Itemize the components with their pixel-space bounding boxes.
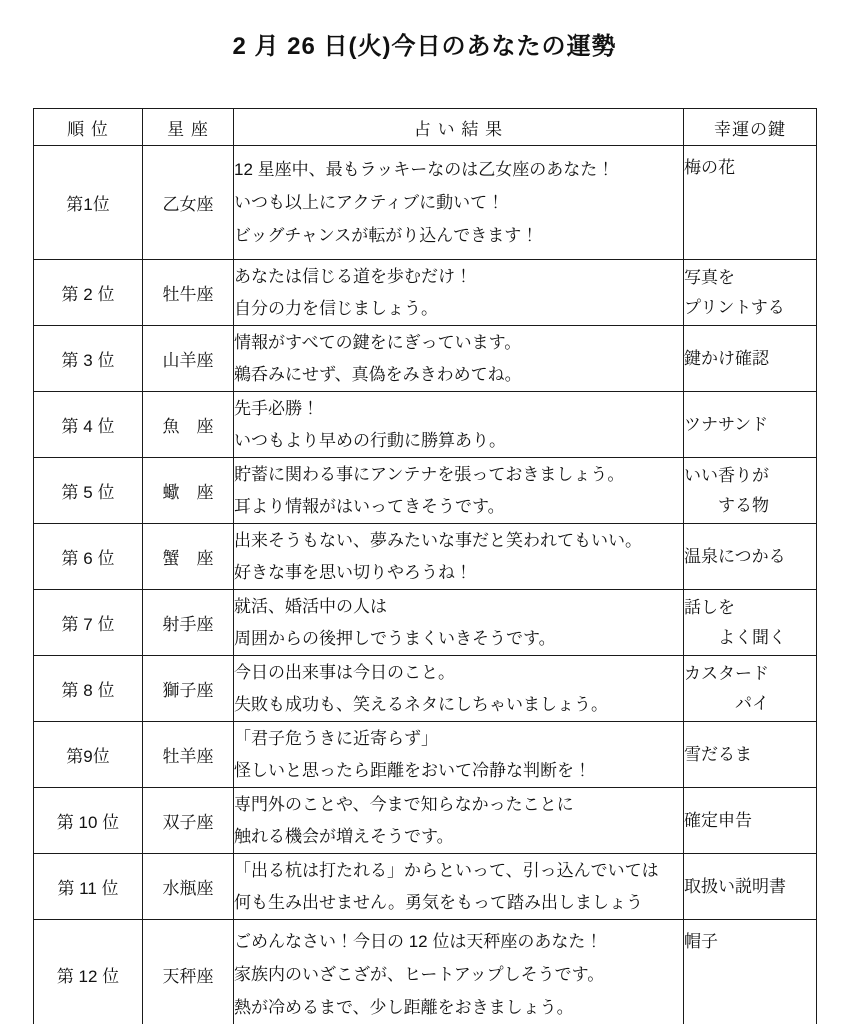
key-cell: 写真を プリントする (684, 260, 817, 326)
rank-cell: 第 8 位 (34, 656, 143, 722)
result-line: 周囲からの後押しでうまくいきそうです。 (234, 623, 683, 655)
header-rank: 順 位 (34, 109, 143, 146)
result-cell: 情報がすべての鍵をにぎっています。 鵜呑みにせず、真偽をみきわめてね。 (234, 326, 684, 392)
result-line: 自分の力を信じましょう。 (234, 293, 683, 325)
table-row: 第 5 位 蠍 座 貯蓄に関わる事にアンテナを張っておきましょう。 耳より情報が… (34, 458, 817, 524)
header-sign: 星 座 (143, 109, 234, 146)
key-line: 梅の花 (684, 153, 816, 183)
key-cell: 鍵かけ確認 (684, 326, 817, 392)
fortune-document: 2 月 26 日(火)今日のあなたの運勢 順 位 星 座 占 い 結 果 幸運の… (0, 0, 849, 1024)
result-line: 「出る杭は打たれる」からといって、引っ込んでいては (234, 855, 683, 887)
key-cell: 梅の花 (684, 146, 817, 260)
key-cell: 温泉につかる (684, 524, 817, 590)
result-line: 専門外のことや、今まで知らなかったことに (234, 789, 683, 821)
result-line: あなたは信じる道を歩むだけ！ (234, 261, 683, 293)
result-line: 出来そうもない、夢みたいな事だと笑われてもいい。 (234, 525, 683, 557)
rank-cell: 第 4 位 (34, 392, 143, 458)
result-cell: 出来そうもない、夢みたいな事だと笑われてもいい。 好きな事を思い切りやろうね！ (234, 524, 684, 590)
key-line: 取扱い説明書 (684, 872, 816, 902)
rank-cell: 第1位 (34, 146, 143, 260)
fortune-table: 順 位 星 座 占 い 結 果 幸運の鍵 第1位 乙女座 12 星座中、最もラッ… (33, 108, 817, 1024)
table-row: 第 10 位 双子座 専門外のことや、今まで知らなかったことに 触れる機会が増え… (34, 788, 817, 854)
rank-cell: 第 7 位 (34, 590, 143, 656)
table-row: 第 3 位 山羊座 情報がすべての鍵をにぎっています。 鵜呑みにせず、真偽をみき… (34, 326, 817, 392)
sign-cell: 獅子座 (143, 656, 234, 722)
table-header-row: 順 位 星 座 占 い 結 果 幸運の鍵 (34, 109, 817, 146)
result-line: いつもより早めの行動に勝算あり。 (234, 425, 683, 457)
result-cell: 「君子危うきに近寄らず」 怪しいと思ったら距離をおいて冷静な判断を！ (234, 722, 684, 788)
rank-cell: 第 10 位 (34, 788, 143, 854)
key-cell: ツナサンド (684, 392, 817, 458)
key-line: 雪だるま (684, 740, 816, 770)
sign-cell: 双子座 (143, 788, 234, 854)
key-cell: 取扱い説明書 (684, 854, 817, 920)
result-line: 「君子危うきに近寄らず」 (234, 723, 683, 755)
sign-cell: 牡牛座 (143, 260, 234, 326)
key-cell: 話しを よく聞く (684, 590, 817, 656)
key-line: カスタード (684, 659, 816, 689)
result-cell: 「出る杭は打たれる」からといって、引っ込んでいては 何も生み出せません。勇気をも… (234, 854, 684, 920)
rank-cell: 第 12 位 (34, 920, 143, 1024)
result-cell: 先手必勝！ いつもより早めの行動に勝算あり。 (234, 392, 684, 458)
sign-cell: 山羊座 (143, 326, 234, 392)
result-line: 情報がすべての鍵をにぎっています。 (234, 327, 683, 359)
result-line: 失敗も成功も、笑えるネタにしちゃいましょう。 (234, 689, 683, 721)
result-line: ビッグチャンスが転がり込んできます！ (234, 219, 683, 252)
key-line: 確定申告 (684, 806, 816, 836)
key-line: いい香りが (684, 461, 816, 491)
result-cell: ごめんなさい！今日の 12 位は天秤座のあなた！ 家族内のいざこざが、ヒートアッ… (234, 920, 684, 1024)
result-line: 熱が冷めるまで、少し距離をおきましょう。 (234, 991, 683, 1024)
key-cell: いい香りが する物 (684, 458, 817, 524)
key-line: 鍵かけ確認 (684, 344, 816, 374)
result-line: 今日の出来事は今日のこと。 (234, 657, 683, 689)
result-line: 怪しいと思ったら距離をおいて冷静な判断を！ (234, 755, 683, 787)
table-row: 第 7 位 射手座 就活、婚活中の人は 周囲からの後押しでうまくいきそうです。 … (34, 590, 817, 656)
key-line: パイ (684, 689, 816, 719)
header-key: 幸運の鍵 (684, 109, 817, 146)
sign-cell: 射手座 (143, 590, 234, 656)
result-cell: 専門外のことや、今まで知らなかったことに 触れる機会が増えそうです。 (234, 788, 684, 854)
key-line: プリントする (684, 293, 816, 323)
sign-cell: 牡羊座 (143, 722, 234, 788)
result-line: いつも以上にアクティブに動いて！ (234, 186, 683, 219)
rank-cell: 第 3 位 (34, 326, 143, 392)
result-line: 触れる機会が増えそうです。 (234, 821, 683, 853)
key-cell: 確定申告 (684, 788, 817, 854)
key-line: する物 (684, 491, 816, 521)
result-line: 家族内のいざこざが、ヒートアップしそうです。 (234, 958, 683, 991)
result-line: 12 星座中、最もラッキーなのは乙女座のあなた！ (234, 153, 683, 186)
key-cell: 帽子 (684, 920, 817, 1024)
rank-cell: 第 5 位 (34, 458, 143, 524)
sign-cell: 蟹 座 (143, 524, 234, 590)
key-line: 温泉につかる (684, 542, 816, 572)
sign-cell: 蠍 座 (143, 458, 234, 524)
table-row: 第 2 位 牡牛座 あなたは信じる道を歩むだけ！ 自分の力を信じましょう。 写真… (34, 260, 817, 326)
result-line: 好きな事を思い切りやろうね！ (234, 557, 683, 589)
result-cell: あなたは信じる道を歩むだけ！ 自分の力を信じましょう。 (234, 260, 684, 326)
rank-cell: 第9位 (34, 722, 143, 788)
result-cell: 今日の出来事は今日のこと。 失敗も成功も、笑えるネタにしちゃいましょう。 (234, 656, 684, 722)
sign-cell: 水瓶座 (143, 854, 234, 920)
table-row: 第 12 位 天秤座 ごめんなさい！今日の 12 位は天秤座のあなた！ 家族内の… (34, 920, 817, 1024)
header-result: 占 い 結 果 (234, 109, 684, 146)
table-row: 第 4 位 魚 座 先手必勝！ いつもより早めの行動に勝算あり。 ツナサンド (34, 392, 817, 458)
page-title: 2 月 26 日(火)今日のあなたの運勢 (0, 26, 849, 61)
rank-cell: 第 2 位 (34, 260, 143, 326)
key-cell: 雪だるま (684, 722, 817, 788)
key-line: 写真を (684, 263, 816, 293)
result-cell: 就活、婚活中の人は 周囲からの後押しでうまくいきそうです。 (234, 590, 684, 656)
table-row: 第 6 位 蟹 座 出来そうもない、夢みたいな事だと笑われてもいい。 好きな事を… (34, 524, 817, 590)
key-line: ツナサンド (684, 410, 816, 440)
sign-cell: 乙女座 (143, 146, 234, 260)
table-row: 第1位 乙女座 12 星座中、最もラッキーなのは乙女座のあなた！ いつも以上にア… (34, 146, 817, 260)
result-line: 貯蓄に関わる事にアンテナを張っておきましょう。 (234, 459, 683, 491)
key-line: よく聞く (684, 623, 816, 653)
result-cell: 貯蓄に関わる事にアンテナを張っておきましょう。 耳より情報がはいってきそうです。 (234, 458, 684, 524)
rank-cell: 第 6 位 (34, 524, 143, 590)
rank-cell: 第 11 位 (34, 854, 143, 920)
table-row: 第 8 位 獅子座 今日の出来事は今日のこと。 失敗も成功も、笑えるネタにしちゃ… (34, 656, 817, 722)
key-cell: カスタード パイ (684, 656, 817, 722)
result-line: ごめんなさい！今日の 12 位は天秤座のあなた！ (234, 925, 683, 958)
result-line: 耳より情報がはいってきそうです。 (234, 491, 683, 523)
key-line: 話しを (684, 593, 816, 623)
table-row: 第 11 位 水瓶座 「出る杭は打たれる」からといって、引っ込んでいては 何も生… (34, 854, 817, 920)
result-line: 先手必勝！ (234, 393, 683, 425)
sign-cell: 天秤座 (143, 920, 234, 1024)
key-line: 帽子 (684, 927, 816, 957)
table-row: 第9位 牡羊座 「君子危うきに近寄らず」 怪しいと思ったら距離をおいて冷静な判断… (34, 722, 817, 788)
result-line: 何も生み出せません。勇気をもって踏み出しましょう (234, 887, 683, 919)
result-line: 鵜呑みにせず、真偽をみきわめてね。 (234, 359, 683, 391)
result-cell: 12 星座中、最もラッキーなのは乙女座のあなた！ いつも以上にアクティブに動いて… (234, 146, 684, 260)
result-line: 就活、婚活中の人は (234, 591, 683, 623)
sign-cell: 魚 座 (143, 392, 234, 458)
